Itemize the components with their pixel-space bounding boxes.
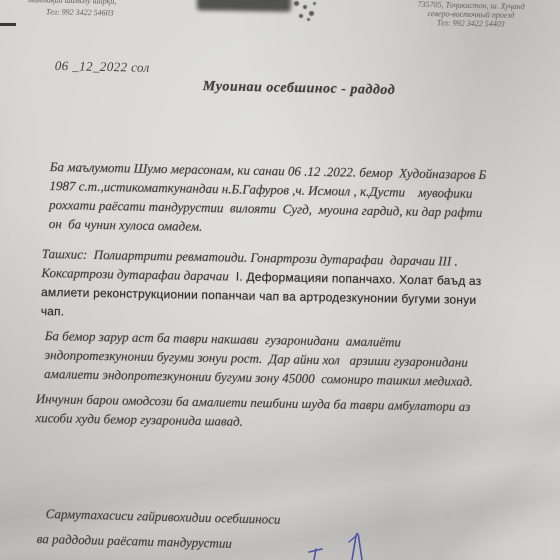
signature-ink [295, 520, 415, 560]
letterhead-rule-cap [0, 23, 16, 26]
letterhead-left-phone: Тел: 992 3422 54603 [46, 7, 114, 17]
paragraph-diagnosis: Ташхис: Полиартрити ревматоиди. Гонартро… [41, 244, 482, 329]
stamp-mark [197, 0, 291, 12]
signer-title-line1: Сармутахасиси гайривохидии осебшиноси [46, 504, 281, 529]
signer-title-line2: ва раддодии раёсати тандурустии [37, 529, 233, 553]
paragraph-intro: Ба маълумоти Шумо мерасонам, ки санаи 06… [49, 157, 487, 241]
ink-dot [294, 1, 299, 6]
letterhead-rule [6, 27, 550, 41]
document-photo: минтақаи шимолу шарқӣ, Тел: 992 3422 546… [0, 0, 560, 560]
ink-dot [299, 14, 303, 18]
signature-stroke [309, 549, 322, 560]
paragraph-outpatient: Инчунин барои омодсози ба амалиети пешби… [35, 389, 470, 435]
letterhead-right-block: 735705, Тоҷикистон, ш. Хуҷанд северо-вос… [392, 0, 551, 30]
ink-dot [309, 11, 314, 16]
diagnosis-italic-part: Коксартрози дутарафаи дарачаи [41, 265, 229, 283]
letterhead-left-address: минтақаи шимолу шарқӣ, [28, 0, 117, 6]
date-line: 06 _12_2022 сол [55, 58, 150, 76]
ink-dot [307, 18, 310, 21]
paragraph-recommendation: Ба бемор зарур аст ба таври накшави гуза… [44, 326, 474, 391]
ink-dot [313, 2, 316, 5]
ink-dot [303, 5, 307, 9]
diagnosis-sans-part: I. Деформацияи попанчахо. Холат баъд аз [229, 269, 482, 288]
letterhead-right-phone: Тел: 992 3422 54403 [392, 17, 550, 29]
page-title: Муоинаи осебшинос - раддод [203, 79, 396, 99]
